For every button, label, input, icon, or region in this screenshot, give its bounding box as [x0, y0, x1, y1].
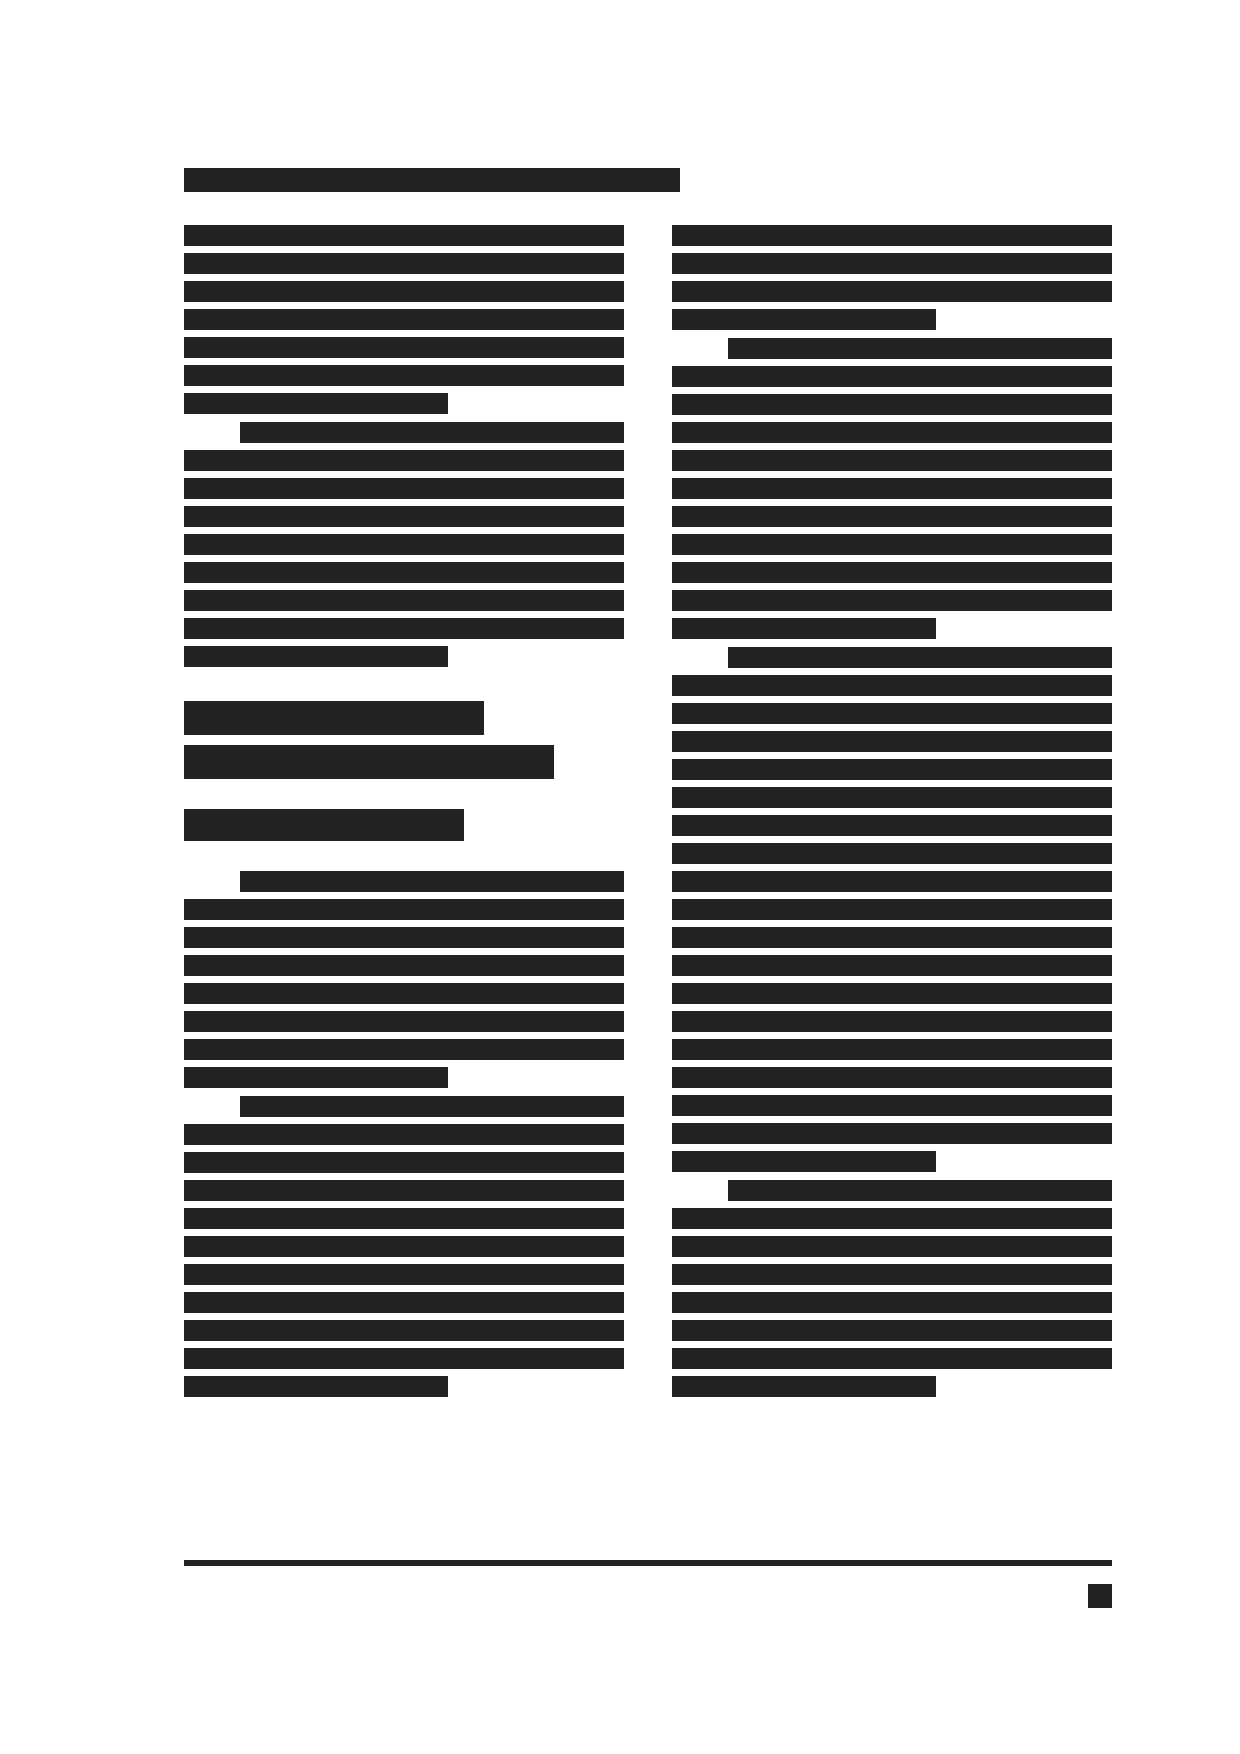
- redacted-text-line: [672, 1123, 1112, 1144]
- redacted-text-line: [184, 1180, 624, 1201]
- redacted-text-line: [672, 394, 1112, 415]
- footer-rule: [184, 1560, 1112, 1566]
- redacted-text-line: [184, 618, 624, 639]
- section-heading-redacted: [184, 701, 624, 779]
- redacted-text-line: [672, 1376, 936, 1397]
- redacted-paragraph: [184, 225, 624, 414]
- redacted-text-line: [672, 1264, 1112, 1285]
- redacted-text-line: [672, 927, 1112, 948]
- redacted-text-line: [672, 899, 1112, 920]
- left-column: [184, 225, 624, 1405]
- redacted-text-line: [672, 955, 1112, 976]
- redacted-text-line: [672, 787, 1112, 808]
- redacted-text-line: [672, 1320, 1112, 1341]
- redacted-paragraph: [184, 871, 624, 1088]
- redacted-text-line: [672, 1011, 1112, 1032]
- redacted-text-line: [184, 983, 624, 1004]
- redacted-text-line: [240, 1096, 624, 1117]
- redacted-text-line: [184, 955, 624, 976]
- redacted-text-line: [184, 1067, 448, 1088]
- redacted-text-line: [672, 1151, 936, 1172]
- redacted-text-line: [728, 1180, 1112, 1201]
- redacted-paragraph: [184, 1096, 624, 1397]
- redacted-text-line: [672, 871, 1112, 892]
- redacted-text-line: [728, 647, 1112, 668]
- redacted-text-line: [184, 1011, 624, 1032]
- redacted-text-line: [672, 983, 1112, 1004]
- redacted-paragraph: [672, 647, 1112, 1172]
- redacted-text-line: [184, 393, 448, 414]
- redacted-paragraph: [672, 225, 1112, 330]
- redacted-text-line: [184, 927, 624, 948]
- redacted-text-line: [672, 759, 1112, 780]
- running-header-redacted: [184, 168, 680, 192]
- redacted-heading-line: [184, 745, 554, 779]
- redacted-text-line: [672, 1348, 1112, 1369]
- redacted-heading-line: [184, 701, 484, 735]
- redacted-text-line: [672, 450, 1112, 471]
- redacted-text-line: [184, 281, 624, 302]
- redacted-text-line: [184, 1152, 624, 1173]
- redacted-text-line: [184, 478, 624, 499]
- redacted-paragraph: [672, 338, 1112, 639]
- redacted-text-line: [184, 1124, 624, 1145]
- redacted-text-line: [672, 1039, 1112, 1060]
- redacted-text-line: [184, 450, 624, 471]
- redacted-text-line: [672, 309, 936, 330]
- redacted-text-line: [672, 675, 1112, 696]
- redacted-text-line: [184, 1039, 624, 1060]
- redacted-paragraph: [672, 1180, 1112, 1397]
- redacted-text-line: [184, 1376, 448, 1397]
- redacted-text-line: [672, 590, 1112, 611]
- redacted-text-line: [672, 478, 1112, 499]
- redacted-text-line: [672, 1208, 1112, 1229]
- redacted-text-line: [240, 422, 624, 443]
- redacted-text-line: [672, 422, 1112, 443]
- redacted-text-line: [672, 281, 1112, 302]
- subsection-heading-redacted: [184, 809, 464, 841]
- redacted-text-line: [672, 703, 1112, 724]
- redacted-text-line: [184, 534, 624, 555]
- redacted-text-line: [184, 253, 624, 274]
- redacted-text-line: [184, 590, 624, 611]
- redacted-text-line: [184, 225, 624, 246]
- redacted-text-line: [672, 225, 1112, 246]
- redacted-text-line: [672, 534, 1112, 555]
- redacted-text-line: [184, 1264, 624, 1285]
- redacted-text-line: [728, 338, 1112, 359]
- redacted-text-line: [672, 562, 1112, 583]
- redacted-text-line: [184, 646, 448, 667]
- redacted-text-line: [672, 731, 1112, 752]
- redacted-text-line: [184, 1292, 624, 1313]
- redacted-text-line: [184, 1320, 624, 1341]
- redacted-text-line: [672, 253, 1112, 274]
- redacted-text-line: [184, 562, 624, 583]
- redacted-text-line: [672, 815, 1112, 836]
- page-number-redacted: [1088, 1584, 1112, 1608]
- redacted-text-line: [672, 618, 936, 639]
- redacted-text-line: [672, 1067, 1112, 1088]
- redacted-text-line: [672, 1292, 1112, 1313]
- redacted-text-line: [184, 1208, 624, 1229]
- right-column: [672, 225, 1112, 1405]
- redacted-text-line: [240, 871, 624, 892]
- redacted-text-line: [184, 899, 624, 920]
- redacted-paragraph: [184, 422, 624, 667]
- redacted-text-line: [672, 1236, 1112, 1257]
- redacted-text-line: [672, 843, 1112, 864]
- redacted-text-line: [184, 1236, 624, 1257]
- redacted-text-line: [184, 506, 624, 527]
- redacted-text-line: [672, 506, 1112, 527]
- redacted-text-line: [672, 366, 1112, 387]
- redacted-text-line: [184, 309, 624, 330]
- redacted-text-line: [184, 365, 624, 386]
- redacted-text-line: [184, 337, 624, 358]
- redacted-text-line: [672, 1095, 1112, 1116]
- redacted-text-line: [184, 1348, 624, 1369]
